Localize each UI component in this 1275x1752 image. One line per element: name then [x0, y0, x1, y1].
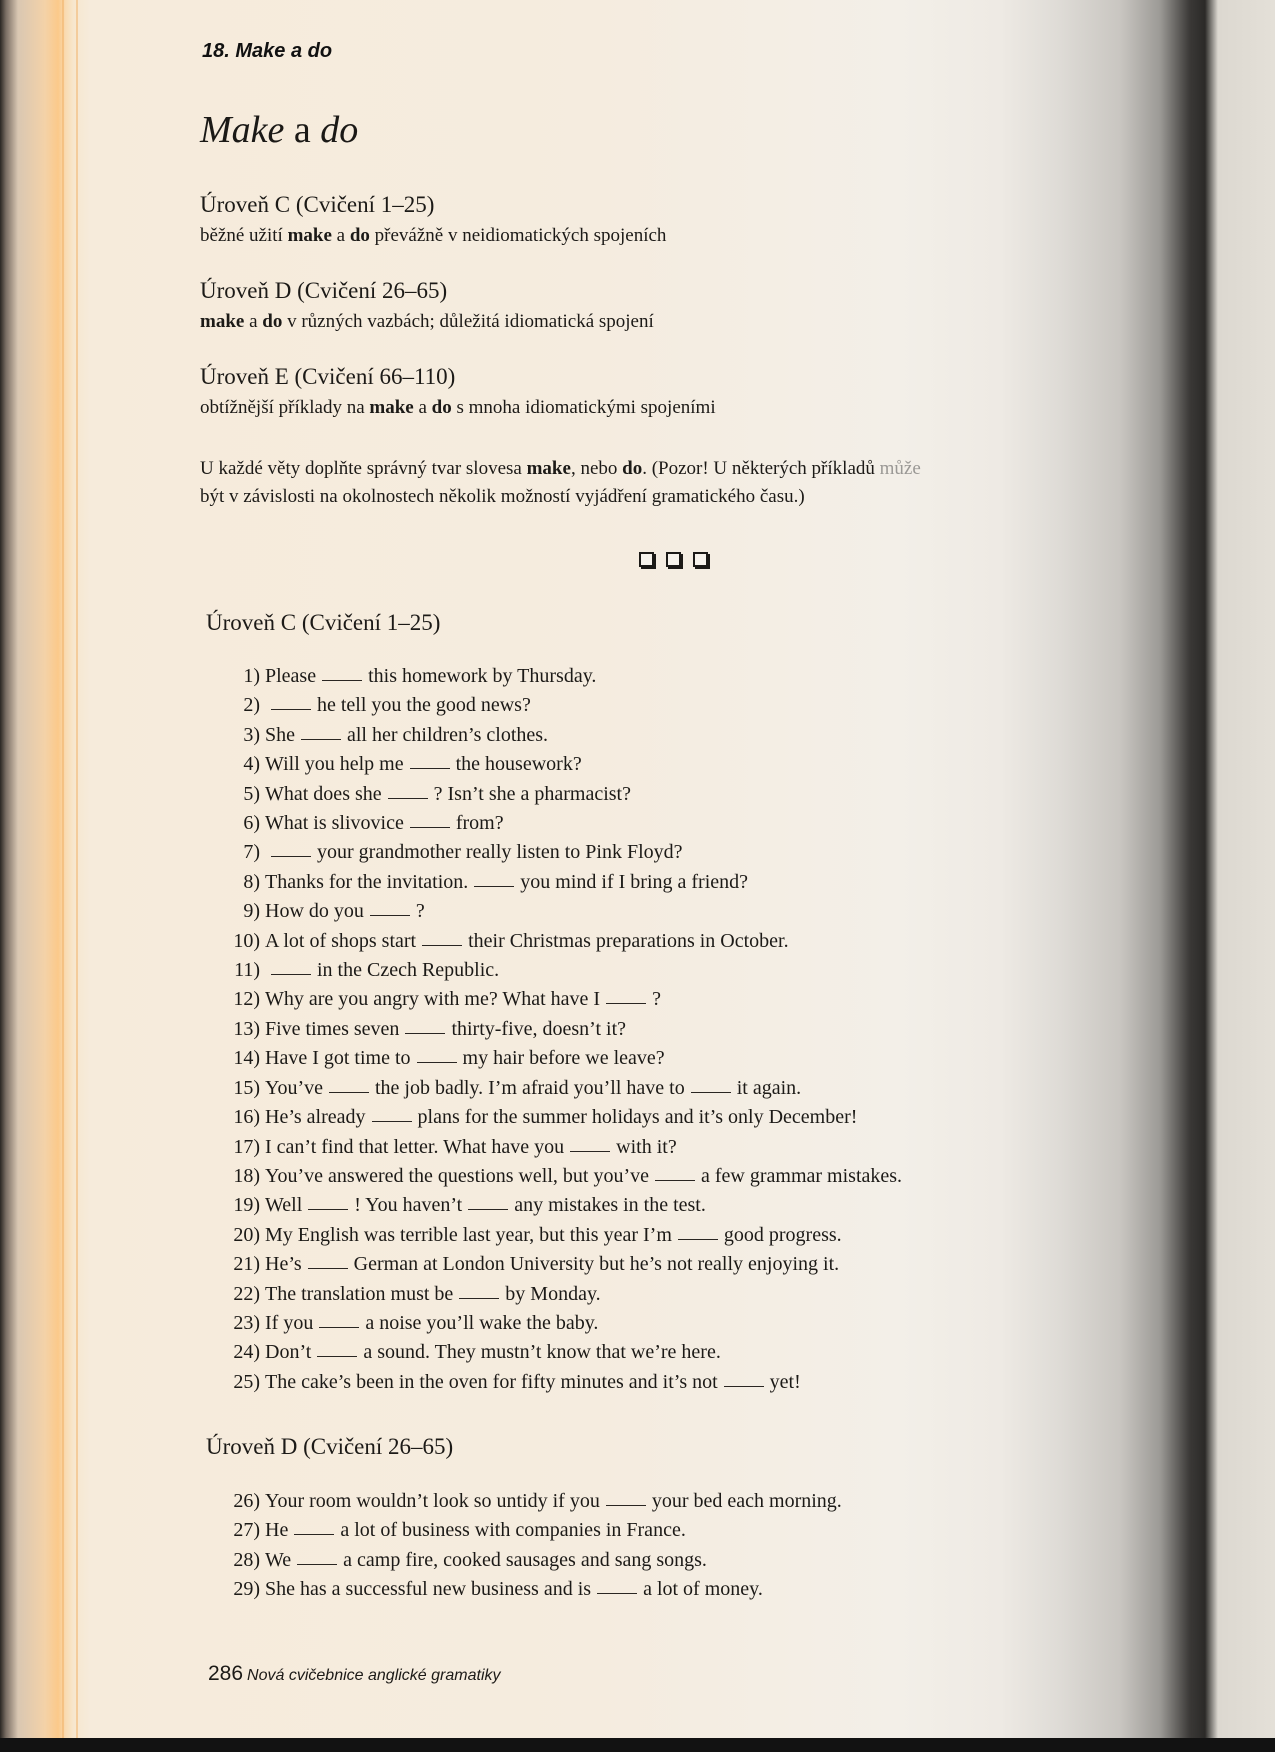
exercise-item: 10)A lot of shops start their Christmas … [220, 927, 902, 956]
exercise-item: 8)Thanks for the invitation. you mind if… [220, 868, 902, 897]
section-heading-level-d: Úroveň D (Cvičení 26–65) [206, 1434, 453, 1460]
exercise-item: 15)You’ve the job badly. I’m afraid you’… [220, 1074, 902, 1103]
scanned-page: 18. Make a do Make a do Úroveň C (Cvičen… [0, 0, 1275, 1738]
answer-blank[interactable] [405, 1015, 445, 1034]
answer-blank[interactable] [294, 1516, 334, 1535]
exercise-item: 29)She has a successful new business and… [220, 1575, 842, 1604]
answer-blank[interactable] [388, 780, 428, 799]
exercise-item: 25)The cake’s been in the oven for fifty… [220, 1368, 902, 1397]
answer-blank[interactable] [271, 838, 311, 857]
three-boxes-ornament-icon [639, 552, 708, 567]
level-heading: Úroveň D (Cvičení 26–65) [200, 276, 654, 306]
answer-blank[interactable] [597, 1575, 637, 1594]
page-footer: 286Nová cvičebnice anglické gramatiky [208, 1662, 501, 1686]
chapter-title-do: do [320, 109, 358, 151]
exercise-item: 24)Don’t a sound. They mustn’t know that… [220, 1338, 902, 1367]
exercise-item: 7) your grandmother really listen to Pin… [220, 838, 902, 867]
running-head: 18. Make a do [202, 40, 332, 63]
answer-blank[interactable] [271, 956, 311, 975]
exercise-item: 23)If you a noise you’ll wake the baby. [220, 1309, 902, 1338]
exercise-item: 6)What is slivovice from? [220, 809, 902, 838]
exercise-item: 3)She all her children’s clothes. [220, 721, 902, 750]
answer-blank[interactable] [459, 1280, 499, 1299]
exercise-item: 14)Have I got time to my hair before we … [220, 1044, 902, 1073]
answer-blank[interactable] [317, 1338, 357, 1357]
exercise-item: 5)What does she ? Isn’t she a pharmacist… [220, 780, 902, 809]
answer-blank[interactable] [724, 1368, 764, 1387]
page-edge-line [76, 0, 78, 1738]
box-icon [639, 552, 654, 567]
answer-blank[interactable] [606, 1487, 646, 1506]
exercise-item: 26)Your room wouldn’t look so untidy if … [220, 1487, 842, 1516]
exercise-item: 20)My English was terrible last year, bu… [220, 1221, 902, 1250]
level-description: obtížnější příklady na make a do s mnoha… [200, 394, 716, 422]
exercise-item: 18)You’ve answered the questions well, b… [220, 1162, 902, 1191]
page-number: 286 [208, 1662, 243, 1685]
level-overview-e: Úroveň E (Cvičení 66–110) obtížnější pří… [200, 362, 716, 422]
answer-blank[interactable] [308, 1191, 348, 1210]
book-title: Nová cvičebnice anglické gramatiky [247, 1667, 500, 1684]
exercise-item: 19)Well ! You haven’t any mistakes in th… [220, 1191, 902, 1220]
level-heading: Úroveň C (Cvičení 1–25) [200, 190, 666, 220]
exercise-item: 16)He’s already plans for the summer hol… [220, 1103, 902, 1132]
answer-blank[interactable] [297, 1546, 337, 1565]
answer-blank[interactable] [329, 1074, 369, 1093]
answer-blank[interactable] [322, 662, 362, 681]
section-heading-level-c: Úroveň C (Cvičení 1–25) [206, 610, 440, 636]
answer-blank[interactable] [319, 1309, 359, 1328]
answer-blank[interactable] [606, 985, 646, 1004]
answer-blank[interactable] [308, 1250, 348, 1269]
exercise-item: 9)How do you ? [220, 897, 902, 926]
exercise-list-level-c: 1)Please this homework by Thursday. 2) h… [220, 662, 902, 1397]
exercise-item: 28)We a camp fire, cooked sausages and s… [220, 1546, 842, 1575]
exercise-item: 4)Will you help me the housework? [220, 750, 902, 779]
answer-blank[interactable] [422, 927, 462, 946]
exercise-item: 21)He’s German at London University but … [220, 1250, 902, 1279]
answer-blank[interactable] [691, 1074, 731, 1093]
answer-blank[interactable] [372, 1103, 412, 1122]
exercise-item: 17)I can’t find that letter. What have y… [220, 1133, 902, 1162]
answer-blank[interactable] [271, 691, 311, 710]
chapter-title: Make a do [200, 108, 358, 152]
level-description: make a do v různých vazbách; důležitá id… [200, 308, 654, 336]
exercise-item: 22)The translation must be by Monday. [220, 1280, 902, 1309]
answer-blank[interactable] [410, 750, 450, 769]
answer-blank[interactable] [417, 1044, 457, 1063]
level-overview-c: Úroveň C (Cvičení 1–25) běžné užití make… [200, 190, 666, 250]
answer-blank[interactable] [474, 868, 514, 887]
answer-blank[interactable] [570, 1133, 610, 1152]
answer-blank[interactable] [655, 1162, 695, 1181]
answer-blank[interactable] [370, 897, 410, 916]
exercise-instructions: U každé věty doplňte správný tvar sloves… [200, 455, 1130, 511]
exercise-item: 13)Five times seven thirty-five, doesn’t… [220, 1015, 902, 1044]
answer-blank[interactable] [678, 1221, 718, 1240]
chapter-title-a: a [284, 109, 320, 151]
level-description: běžné užití make a do převážně v neidiom… [200, 222, 666, 250]
exercise-item: 1)Please this homework by Thursday. [220, 662, 902, 691]
exercise-item: 27)He a lot of business with companies i… [220, 1516, 842, 1545]
answer-blank[interactable] [410, 809, 450, 828]
answer-blank[interactable] [468, 1191, 508, 1210]
answer-blank[interactable] [301, 721, 341, 740]
exercise-item: 12)Why are you angry with me? What have … [220, 985, 902, 1014]
exercise-item: 2) he tell you the good news? [220, 691, 902, 720]
level-heading: Úroveň E (Cvičení 66–110) [200, 362, 716, 392]
box-icon [666, 552, 681, 567]
exercise-list-level-d: 26)Your room wouldn’t look so untidy if … [220, 1487, 842, 1605]
box-icon [693, 552, 708, 567]
level-overview-d: Úroveň D (Cvičení 26–65) make a do v růz… [200, 276, 654, 336]
page-edge-line [62, 0, 64, 1738]
exercise-item: 11) in the Czech Republic. [220, 956, 902, 985]
chapter-title-make: Make [200, 109, 284, 151]
